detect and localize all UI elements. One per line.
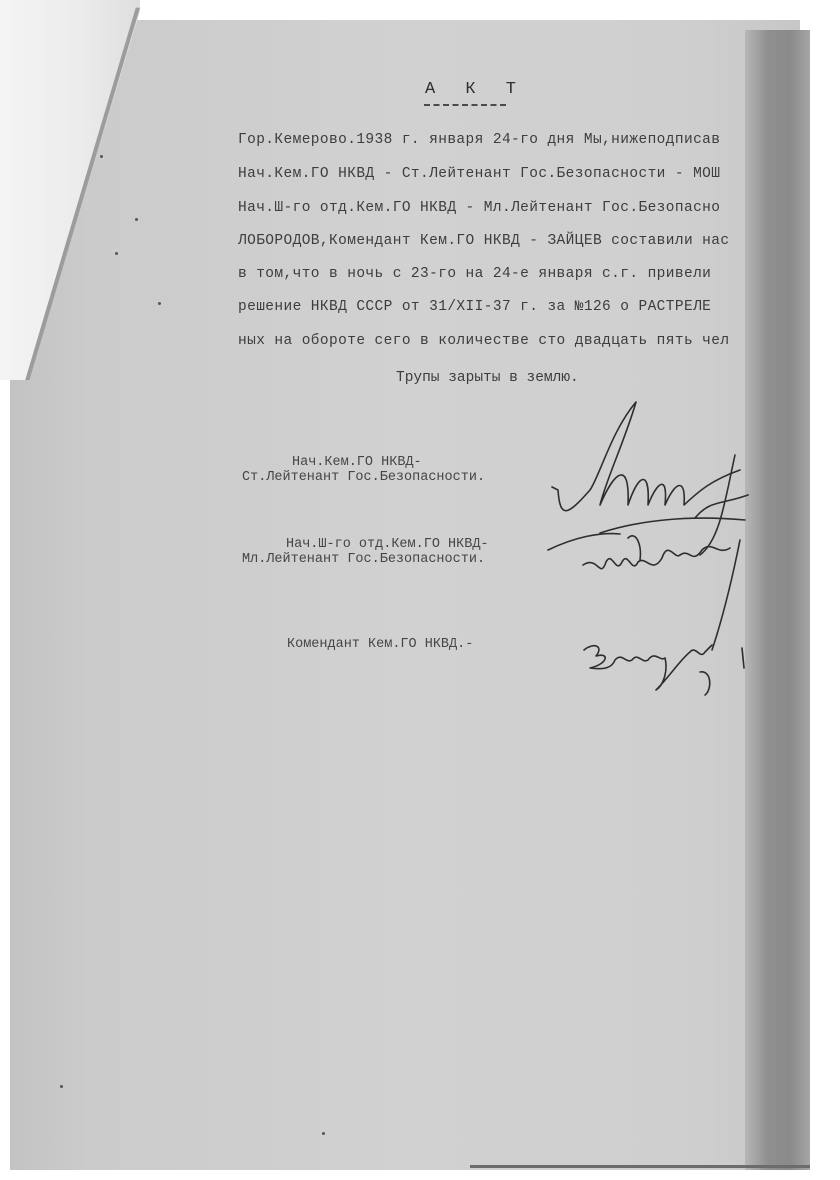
scan-speck: [60, 1085, 63, 1088]
scan-speck: [322, 1132, 325, 1135]
signature-moshkin: [552, 402, 740, 511]
scan-speck: [135, 218, 138, 221]
scan-speck: [158, 302, 161, 305]
document-text-area: А К Т Гор.Кемерово.1938 г. января 24-го …: [0, 0, 757, 1180]
signature-zaitsev: [584, 645, 712, 690]
signature-loborodov: [548, 534, 730, 569]
scan-speck: [115, 252, 118, 255]
document: А К Т Гор.Кемерово.1938 г. января 24-го …: [0, 0, 840, 1180]
scan-speck: [100, 155, 103, 158]
handwritten-signatures: [0, 0, 757, 1180]
